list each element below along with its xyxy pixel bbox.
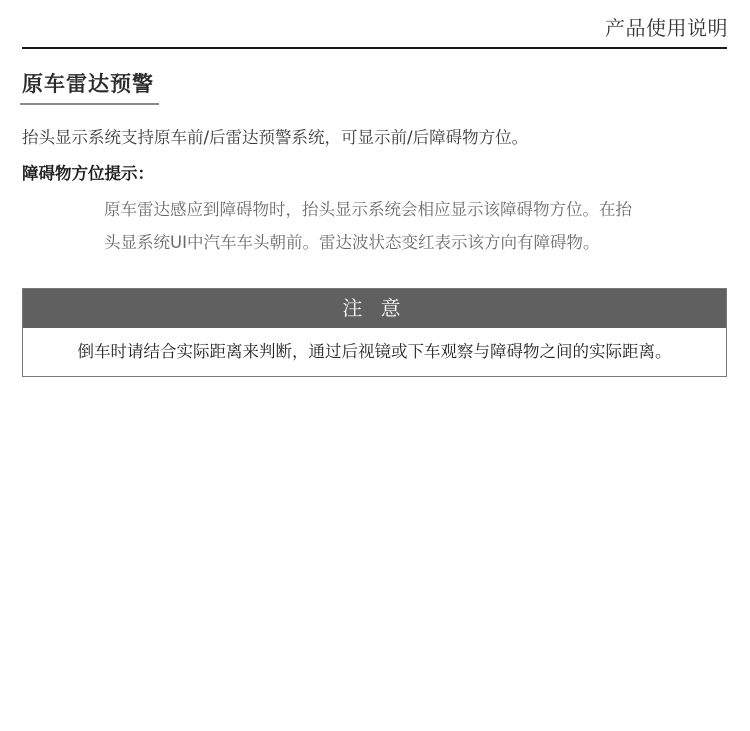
page-header-title: 产品使用说明 [605, 12, 728, 41]
page-header-divider [22, 47, 727, 49]
notice-header: 注 意 [23, 289, 726, 328]
section-title-underline [20, 103, 159, 105]
detail-line: 原车雷达感应到障碍物时，抬头显示系统会相应显示该障碍物方位。在抬 [104, 193, 724, 226]
detail-paragraph: 原车雷达感应到障碍物时，抬头显示系统会相应显示该障碍物方位。在抬 头显系统UI中… [104, 193, 724, 259]
detail-line: 头显系统UI中汽车车头朝前。雷达波状态变红表示该方向有障碍物。 [104, 226, 724, 259]
sub-heading: 障碍物方位提示： [22, 160, 154, 184]
notice-body: 倒车时请结合实际距离来判断，通过后视镜或下车观察与障碍物之间的实际距离。 [23, 328, 726, 376]
section-title: 原车雷达预警 [22, 68, 154, 98]
notice-box: 注 意 倒车时请结合实际距离来判断，通过后视镜或下车观察与障碍物之间的实际距离。 [22, 288, 727, 377]
intro-paragraph: 抬头显示系统支持原车前/后雷达预警系统，可显示前/后障碍物方位。 [22, 124, 528, 148]
